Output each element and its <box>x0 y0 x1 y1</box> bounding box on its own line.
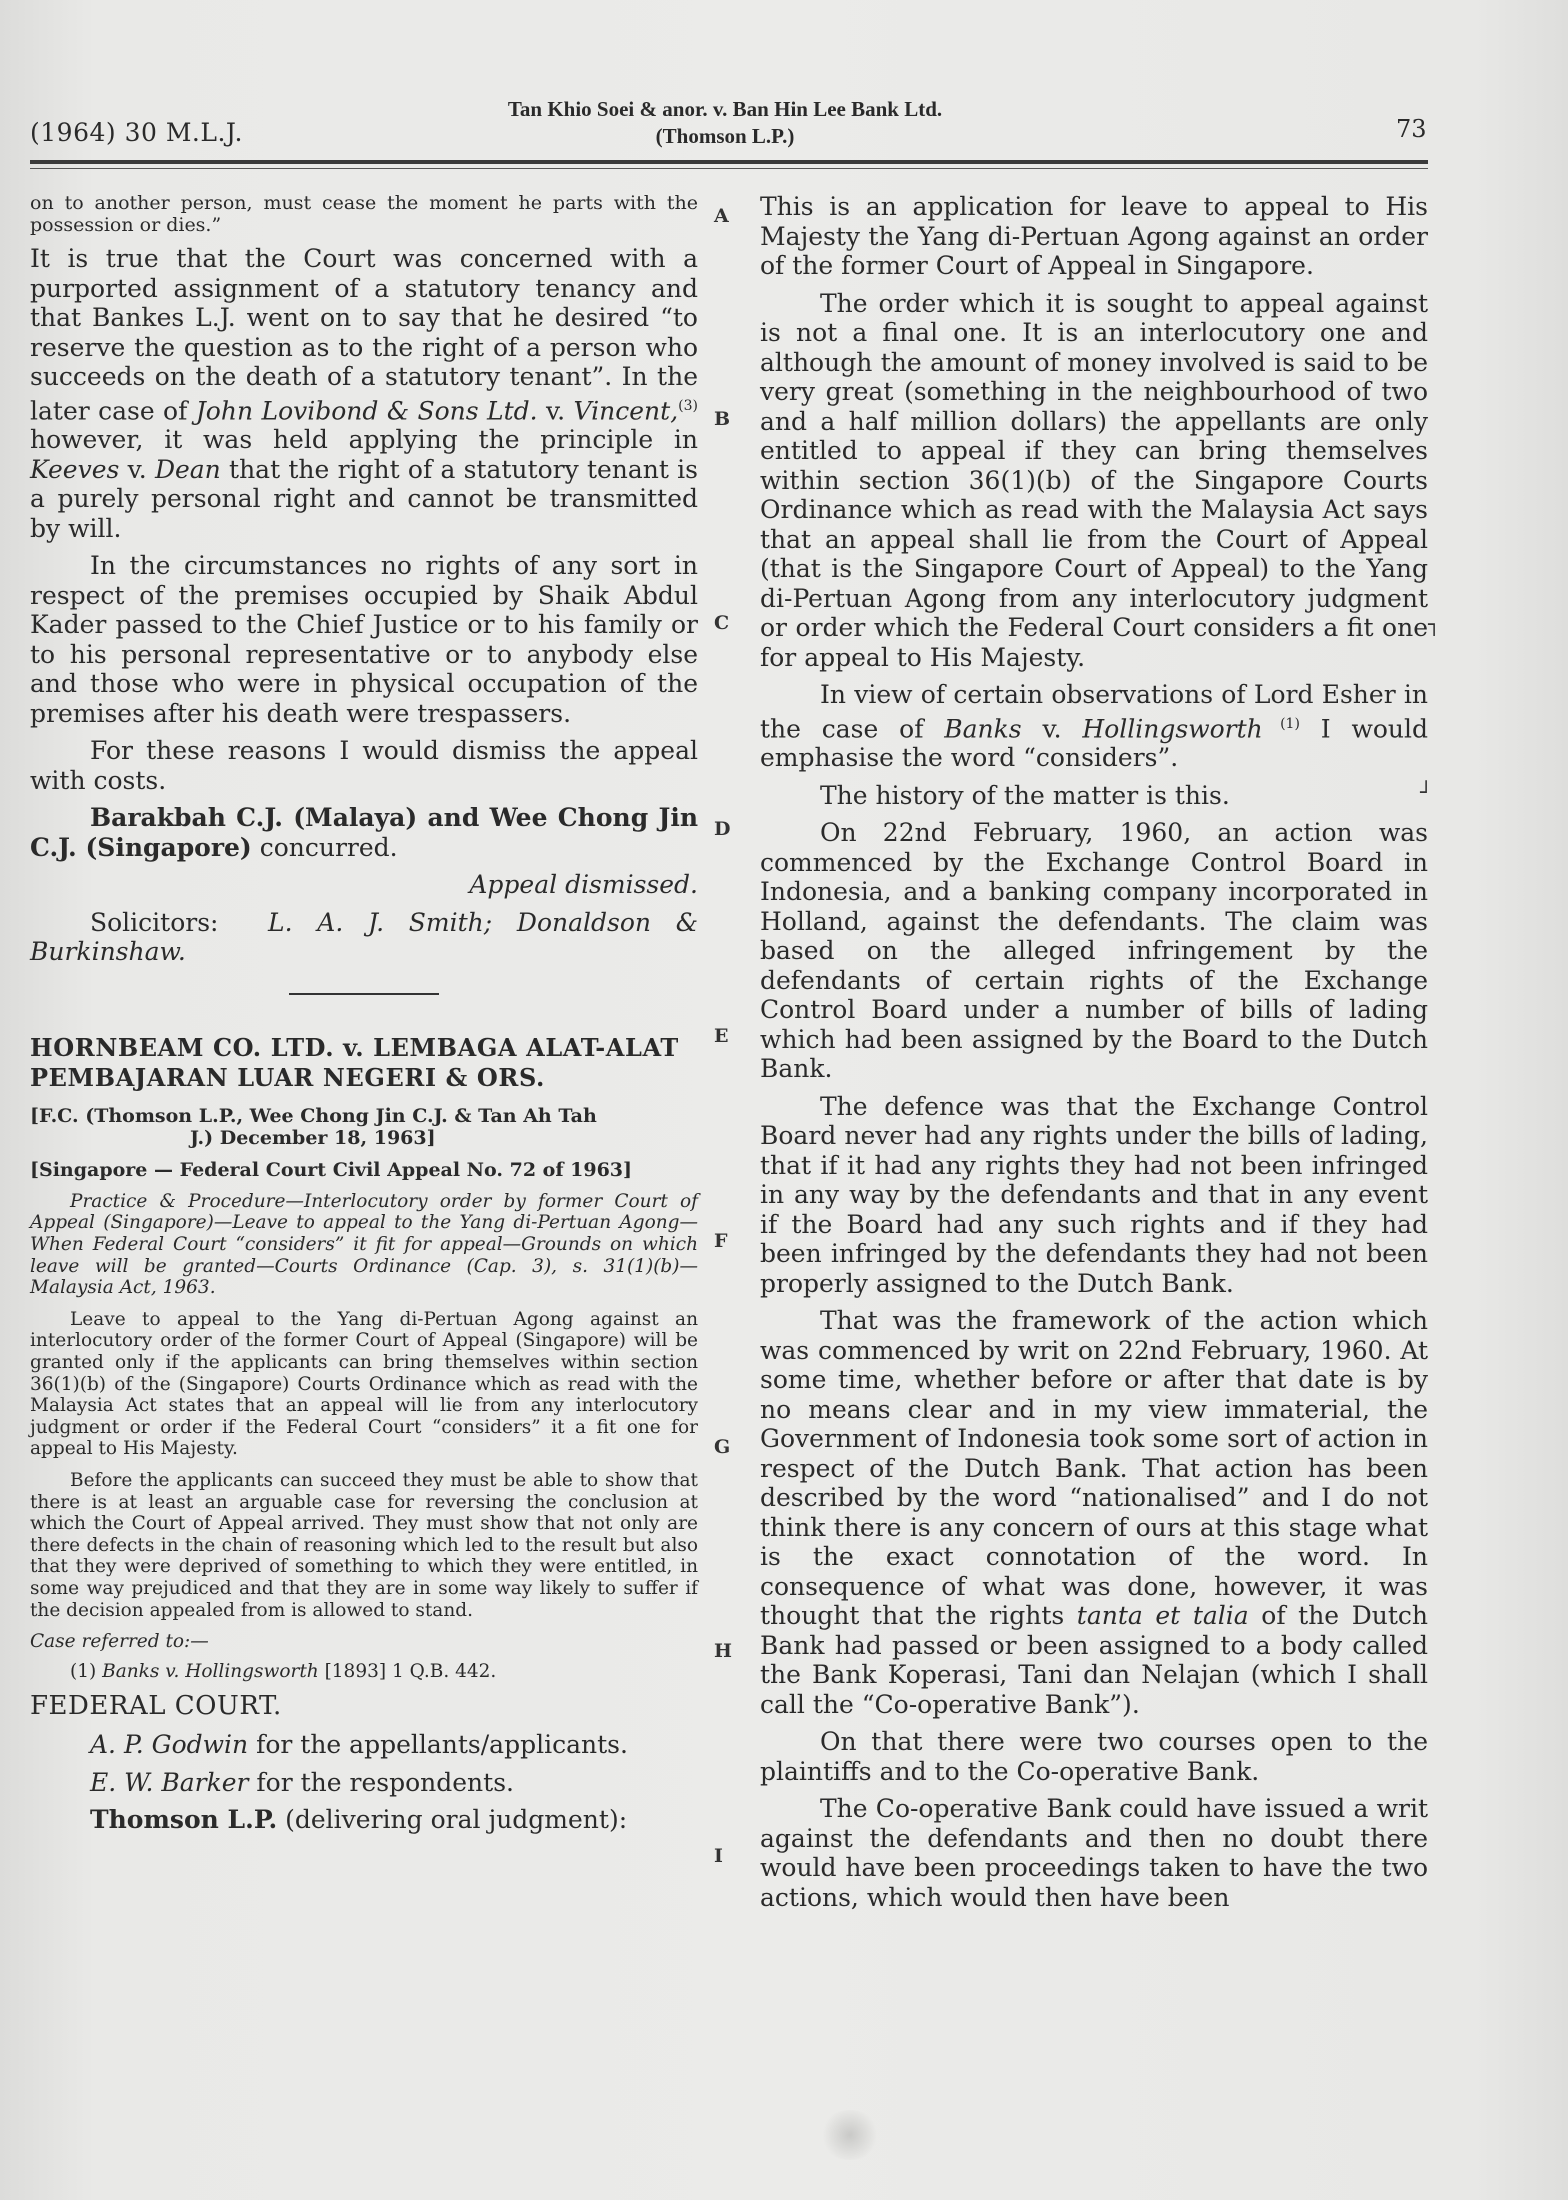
footnote-ref: (1) <box>1263 716 1300 732</box>
page-smudge <box>820 2110 880 2160</box>
paragraph: The Co-operative Bank could have issued … <box>760 1794 1428 1912</box>
coram-line: J.) December 18, 1963] <box>30 1127 698 1149</box>
case-title: HORNBEAM CO. LTD. v. LEMBAGA ALAT-ALAT P… <box>30 1033 698 1093</box>
counsel-role: for the respondents. <box>248 1768 514 1797</box>
running-head-citation: (1964) 30 M.L.J. <box>30 118 243 147</box>
judgment-heading: Thomson L.P. (delivering oral judgment): <box>30 1805 698 1835</box>
paragraph: It is true that the Court was concerned … <box>30 244 698 543</box>
catchwords: Practice & Procedure—Interlocutory order… <box>30 1191 698 1299</box>
margin-letter-a: A <box>714 205 729 227</box>
text: v. <box>119 455 155 484</box>
case-name: John Lovibond & Sons Ltd. <box>196 396 538 425</box>
margin-letter-f: F <box>714 1230 728 1252</box>
margin-letter-c: C <box>714 612 729 634</box>
counsel: A. P. Godwin for the appellants/applican… <box>30 1730 698 1760</box>
margin-letter-e: E <box>714 1025 728 1047</box>
solicitors: Solicitors: L. A. J. Smith; Donaldson & … <box>30 908 698 967</box>
margin-letter-h: H <box>714 1640 732 1662</box>
paragraph: In the circumstances no rights of any so… <box>30 551 698 728</box>
running-head-judge: (Thomson L.P.) <box>380 123 1070 150</box>
quote-end: on to another person, must cease the mom… <box>30 192 698 236</box>
document-page: (1964) 30 M.L.J. Tan Khio Soei & anor. v… <box>0 0 1568 2200</box>
ref-number: (1) <box>70 1661 102 1682</box>
case-name: Banks v. Hollingsworth <box>102 1661 319 1682</box>
margin-letter-b: B <box>714 408 730 430</box>
counsel-name: E. W. Barker <box>90 1768 248 1797</box>
text: v. <box>538 396 574 425</box>
counsel: E. W. Barker for the respondents. <box>30 1768 698 1798</box>
cases-referred-label: Case referred to:— <box>30 1631 698 1653</box>
result: Appeal dismissed. <box>30 870 698 900</box>
paragraph: On that there were two courses open to t… <box>760 1727 1428 1786</box>
bracket-mark-open: ┐ <box>1428 612 1440 636</box>
text: however, it was held applying the princi… <box>30 425 698 454</box>
case-name: Vincent, <box>574 396 679 425</box>
header-rule-thin <box>30 168 1428 169</box>
left-column: on to another person, must cease the mom… <box>30 192 698 1843</box>
paragraph: For these reasons I would dismiss the ap… <box>30 736 698 795</box>
margin-letter-g: G <box>714 1436 730 1458</box>
running-head-case-title: Tan Khio Soei & anor. v. Ban Hin Lee Ban… <box>380 96 1070 123</box>
label: Solicitors: <box>90 908 218 937</box>
coram-line: [F.C. (Thomson L.P., Wee Chong Jin C.J. … <box>30 1105 597 1127</box>
judge-name: Thomson L.P. <box>90 1805 277 1834</box>
header-rule-thick <box>30 160 1428 164</box>
margin-letter-d: D <box>714 818 730 840</box>
margin-letter-i: I <box>714 1845 723 1867</box>
paragraph: In view of certain observations of Lord … <box>760 680 1428 773</box>
counsel-role: for the appellants/applicants. <box>248 1730 628 1759</box>
page-number: 73 <box>1396 115 1427 143</box>
latin-phrase: tanta et talia <box>1077 1601 1249 1630</box>
appeal-number: [Singapore — Federal Court Civil Appeal … <box>30 1159 698 1181</box>
counsel-name: A. P. Godwin <box>90 1730 248 1759</box>
coram: [F.C. (Thomson L.P., Wee Chong Jin C.J. … <box>30 1105 698 1149</box>
text: concurred. <box>252 833 398 862</box>
case-divider <box>289 993 439 995</box>
case-name: Keeves <box>30 455 119 484</box>
paragraph: The defence was that the Exchange Contro… <box>760 1092 1428 1299</box>
right-column: This is an application for leave to appe… <box>760 192 1428 1920</box>
case-name: Banks <box>944 714 1021 743</box>
court-name: FEDERAL COURT. <box>30 1690 698 1722</box>
headnote: Before the applicants can succeed they m… <box>30 1470 698 1621</box>
text: That was the framework of the action whi… <box>760 1306 1428 1630</box>
paragraph: The order which it is sought to appeal a… <box>760 289 1428 673</box>
concurrence: Barakbah C.J. (Malaya) and Wee Chong Jin… <box>30 803 698 862</box>
paragraph: On 22nd February, 1960, an action was co… <box>760 818 1428 1084</box>
footnote-ref: (3) <box>678 398 698 414</box>
text: (delivering oral judgment): <box>277 1805 627 1834</box>
citation: [1893] 1 Q.B. 442. <box>319 1661 497 1682</box>
paragraph: This is an application for leave to appe… <box>760 192 1428 281</box>
case-name: Hollingsworth <box>1082 714 1262 743</box>
paragraph: The history of the matter is this. <box>760 781 1428 811</box>
headnote: Leave to appeal to the Yang di-Pertuan A… <box>30 1309 698 1460</box>
case-name: Dean <box>155 455 221 484</box>
case-reference: (1) Banks v. Hollingsworth [1893] 1 Q.B.… <box>30 1661 698 1683</box>
running-head-case: Tan Khio Soei & anor. v. Ban Hin Lee Ban… <box>380 96 1070 150</box>
paragraph: That was the framework of the action whi… <box>760 1306 1428 1719</box>
text: v. <box>1022 714 1083 743</box>
